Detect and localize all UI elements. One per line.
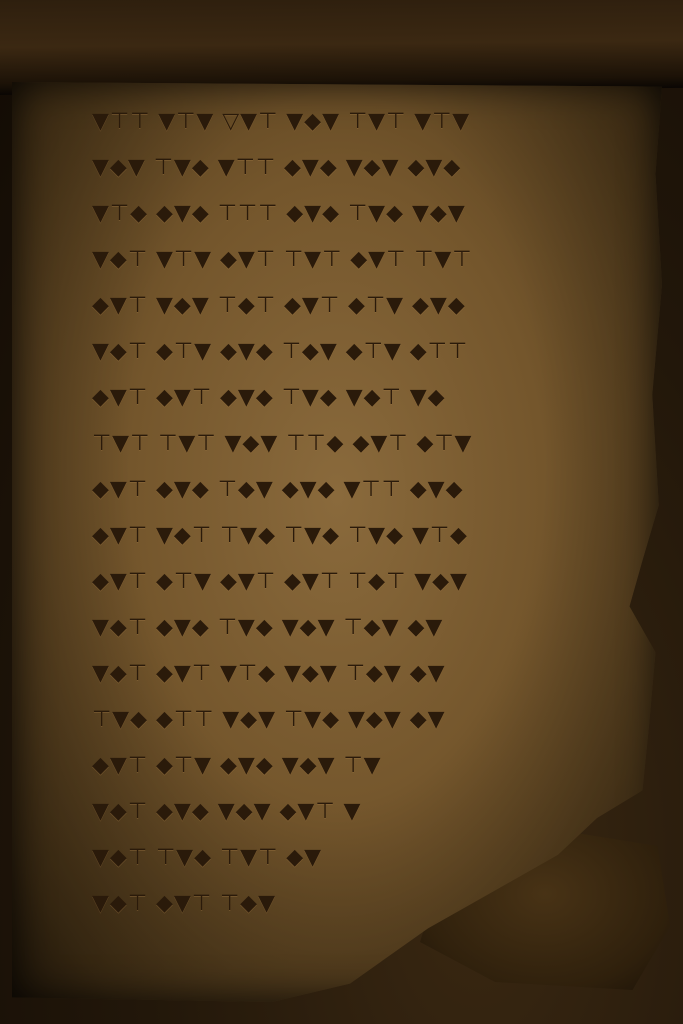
glyph-row: ▼◆⊤ ◆▼⊤ ⊤◆▼ xyxy=(92,880,592,926)
glyph-row: ▼◆⊤ ◆⊤▼ ◆▼◆ ⊤◆▼ ◆⊤▼ ◆⊤⊤ xyxy=(92,328,592,374)
glyph-row: ◆▼⊤ ◆⊤▼ ◆▼⊤ ◆▼⊤ ⊤◆⊤ ▼◆▼ xyxy=(92,558,592,604)
glyph-row: ◆▼⊤ ▼◆▼ ⊤◆⊤ ◆▼⊤ ◆⊤▼ ◆▼◆ xyxy=(92,282,592,328)
glyph-row: ⊤▼◆ ◆⊤⊤ ▼◆▼ ⊤▼◆ ▼◆▼ ◆▼ xyxy=(92,696,592,742)
ancient-tablet-scene: ▼⊤⊤ ▼⊤▼ ▽▼⊤ ▼◆▼ ⊤▼⊤ ▼⊤▼ ▼◆▼ ⊤▼◆ ▼⊤⊤ ◆▼◆ … xyxy=(0,0,683,1024)
top-parchment-strip xyxy=(0,0,683,95)
glyph-row: ◆▼⊤ ◆▼⊤ ◆▼◆ ⊤▼◆ ▼◆⊤ ▼◆ xyxy=(92,374,592,420)
glyph-row: ▼◆⊤ ⊤▼◆ ⊤▼⊤ ◆▼ xyxy=(92,834,592,880)
glyph-row: ▼◆▼ ⊤▼◆ ▼⊤⊤ ◆▼◆ ▼◆▼ ◆▼◆ xyxy=(92,144,592,190)
glyph-row: ▼⊤⊤ ▼⊤▼ ▽▼⊤ ▼◆▼ ⊤▼⊤ ▼⊤▼ xyxy=(92,98,592,144)
glyph-row: ▼◆⊤ ◆▼◆ ⊤▼◆ ▼◆▼ ⊤◆▼ ◆▼ xyxy=(92,604,592,650)
cuneiform-text-block: ▼⊤⊤ ▼⊤▼ ▽▼⊤ ▼◆▼ ⊤▼⊤ ▼⊤▼ ▼◆▼ ⊤▼◆ ▼⊤⊤ ◆▼◆ … xyxy=(92,98,592,926)
glyph-row: ◆▼⊤ ▼◆⊤ ⊤▼◆ ⊤▼◆ ⊤▼◆ ▼⊤◆ xyxy=(92,512,592,558)
glyph-row: ◆▼⊤ ◆⊤▼ ◆▼◆ ▼◆▼ ⊤▼ xyxy=(92,742,592,788)
glyph-row: ▼◆⊤ ◆▼⊤ ▼⊤◆ ▼◆▼ ⊤◆▼ ◆▼ xyxy=(92,650,592,696)
glyph-row: ⊤▼⊤ ⊤▼⊤ ▼◆▼ ⊤⊤◆ ◆▼⊤ ◆⊤▼ xyxy=(92,420,592,466)
glyph-row: ▼◆⊤ ◆▼◆ ▼◆▼ ◆▼⊤ ▼ xyxy=(92,788,592,834)
glyph-row: ◆▼⊤ ◆▼◆ ⊤◆▼ ◆▼◆ ▼⊤⊤ ◆▼◆ xyxy=(92,466,592,512)
glyph-row: ▼⊤◆ ◆▼◆ ⊤⊤⊤ ◆▼◆ ⊤▼◆ ▼◆▼ xyxy=(92,190,592,236)
glyph-row: ▼◆⊤ ▼⊤▼ ◆▼⊤ ⊤▼⊤ ◆▼⊤ ⊤▼⊤ xyxy=(92,236,592,282)
